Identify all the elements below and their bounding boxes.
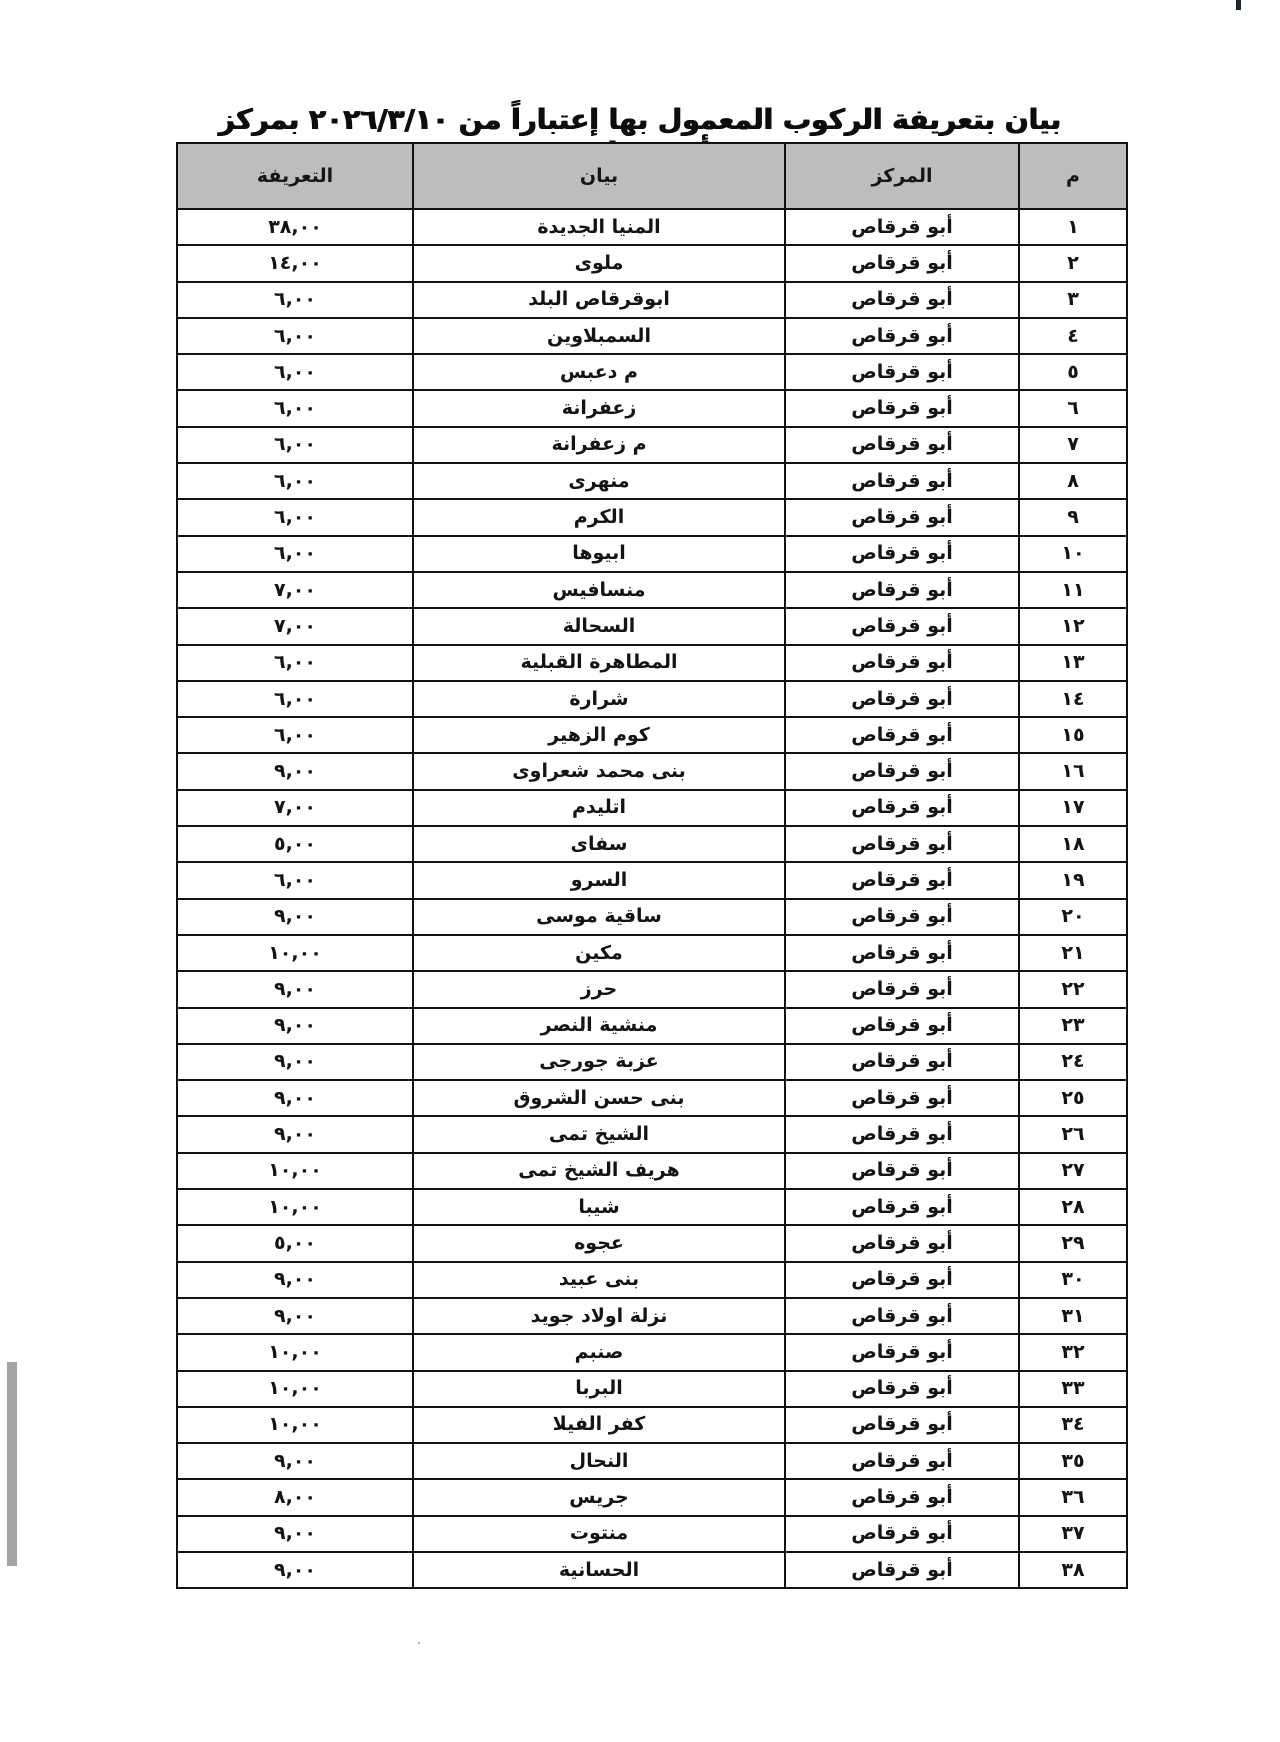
row-number: ٢٧ — [1019, 1153, 1127, 1189]
row-fare: ٩,٠٠ — [177, 1008, 413, 1044]
row-center: أبو قرقاص — [785, 826, 1019, 862]
row-center: أبو قرقاص — [785, 1080, 1019, 1116]
row-number: ٢ — [1019, 245, 1127, 281]
row-center: أبو قرقاص — [785, 390, 1019, 426]
row-fare: ٦,٠٠ — [177, 354, 413, 390]
table-row: ١١أبو قرقاصمنسافيس٧,٠٠ — [177, 572, 1127, 608]
column-header-description: بيان — [413, 143, 785, 209]
row-fare: ٣٨,٠٠ — [177, 209, 413, 245]
row-fare: ١٠,٠٠ — [177, 935, 413, 971]
row-description: اتليدم — [413, 790, 785, 826]
row-description: شرارة — [413, 681, 785, 717]
table-row: ١٤أبو قرقاصشرارة٦,٠٠ — [177, 681, 1127, 717]
row-number: ٢٩ — [1019, 1225, 1127, 1261]
row-number: ٣٢ — [1019, 1334, 1127, 1370]
table-row: ١٥أبو قرقاصكوم الزهير٦,٠٠ — [177, 717, 1127, 753]
row-center: أبو قرقاص — [785, 209, 1019, 245]
row-number: ١٥ — [1019, 717, 1127, 753]
table-row: ٢٥أبو قرقاصبنى حسن الشروق٩,٠٠ — [177, 1080, 1127, 1116]
table-row: ٢١أبو قرقاصمكين١٠,٠٠ — [177, 935, 1127, 971]
table-row: ٣٧أبو قرقاصمنتوت٩,٠٠ — [177, 1516, 1127, 1552]
row-center: أبو قرقاص — [785, 681, 1019, 717]
table-row: ٢٤أبو قرقاصعزبة جورجى٩,٠٠ — [177, 1044, 1127, 1080]
row-number: ٢٣ — [1019, 1008, 1127, 1044]
row-description: منتوت — [413, 1516, 785, 1552]
row-number: ٣٥ — [1019, 1443, 1127, 1479]
row-number: ٣٨ — [1019, 1552, 1127, 1588]
table-row: ٢٧أبو قرقاصهريف الشيخ تمى١٠,٠٠ — [177, 1153, 1127, 1189]
row-number: ١٦ — [1019, 753, 1127, 789]
table-row: ٤أبو قرقاصالسمبلاوين٦,٠٠ — [177, 318, 1127, 354]
row-fare: ٩,٠٠ — [177, 1443, 413, 1479]
row-fare: ٩,٠٠ — [177, 899, 413, 935]
row-description: كوم الزهير — [413, 717, 785, 753]
table-row: ٣٢أبو قرقاصصنبم١٠,٠٠ — [177, 1334, 1127, 1370]
table-row: ٣٨أبو قرقاصالحسانية٩,٠٠ — [177, 1552, 1127, 1588]
row-center: أبو قرقاص — [785, 1298, 1019, 1334]
row-fare: ٥,٠٠ — [177, 826, 413, 862]
row-center: أبو قرقاص — [785, 645, 1019, 681]
row-fare: ٧,٠٠ — [177, 608, 413, 644]
row-number: ٢٤ — [1019, 1044, 1127, 1080]
row-description: صنبم — [413, 1334, 785, 1370]
row-fare: ٧,٠٠ — [177, 572, 413, 608]
row-center: أبو قرقاص — [785, 318, 1019, 354]
row-description: المنيا الجديدة — [413, 209, 785, 245]
row-fare: ١٠,٠٠ — [177, 1407, 413, 1443]
row-number: ٣٤ — [1019, 1407, 1127, 1443]
row-center: أبو قرقاص — [785, 1116, 1019, 1152]
row-description: منشية النصر — [413, 1008, 785, 1044]
row-number: ٩ — [1019, 499, 1127, 535]
table-row: ٢٣أبو قرقاصمنشية النصر٩,٠٠ — [177, 1008, 1127, 1044]
row-number: ٨ — [1019, 463, 1127, 499]
table-row: ١٧أبو قرقاصاتليدم٧,٠٠ — [177, 790, 1127, 826]
table-row: ٢أبو قرقاصملوى١٤,٠٠ — [177, 245, 1127, 281]
row-center: أبو قرقاص — [785, 282, 1019, 318]
table-row: ٨أبو قرقاصمنهرى٦,٠٠ — [177, 463, 1127, 499]
row-number: ١٢ — [1019, 608, 1127, 644]
row-description: بنى حسن الشروق — [413, 1080, 785, 1116]
row-description: نزلة اولاد جويد — [413, 1298, 785, 1334]
row-fare: ٩,٠٠ — [177, 1552, 413, 1588]
row-center: أبو قرقاص — [785, 717, 1019, 753]
row-description: عزبة جورجى — [413, 1044, 785, 1080]
row-number: ٣١ — [1019, 1298, 1127, 1334]
row-fare: ٨,٠٠ — [177, 1479, 413, 1515]
table-row: ٣٠أبو قرقاصبنى عبيد٩,٠٠ — [177, 1262, 1127, 1298]
row-center: أبو قرقاص — [785, 1008, 1019, 1044]
row-description: السرو — [413, 862, 785, 898]
row-fare: ٦,٠٠ — [177, 463, 413, 499]
row-number: ٢٦ — [1019, 1116, 1127, 1152]
row-fare: ٦,٠٠ — [177, 318, 413, 354]
row-description: ملوى — [413, 245, 785, 281]
row-center: أبو قرقاص — [785, 1516, 1019, 1552]
row-number: ٣٦ — [1019, 1479, 1127, 1515]
table-row: ١٩أبو قرقاصالسرو٦,٠٠ — [177, 862, 1127, 898]
table-row: ٢٢أبو قرقاصحرز٩,٠٠ — [177, 971, 1127, 1007]
table-row: ١٨أبو قرقاصسفاى٥,٠٠ — [177, 826, 1127, 862]
table-row: ٣أبو قرقاصابوقرقاص البلد٦,٠٠ — [177, 282, 1127, 318]
row-number: ٦ — [1019, 390, 1127, 426]
column-header-fare: التعريفة — [177, 143, 413, 209]
row-number: ١٠ — [1019, 536, 1127, 572]
row-description: زعفرانة — [413, 390, 785, 426]
row-description: عجوه — [413, 1225, 785, 1261]
row-description: سفاى — [413, 826, 785, 862]
table-row: ٢٦أبو قرقاصالشيخ تمى٩,٠٠ — [177, 1116, 1127, 1152]
row-description: منسافيس — [413, 572, 785, 608]
row-fare: ٩,٠٠ — [177, 971, 413, 1007]
row-description: البربا — [413, 1371, 785, 1407]
fare-table: م المركز بيان التعريفة ١أبو قرقاصالمنيا … — [176, 142, 1128, 1589]
row-description: الحسانية — [413, 1552, 785, 1588]
fare-table-body: ١أبو قرقاصالمنيا الجديدة٣٨,٠٠٢أبو قرقاصم… — [177, 209, 1127, 1588]
row-fare: ٩,٠٠ — [177, 753, 413, 789]
row-description: حرز — [413, 971, 785, 1007]
row-description: ابيوها — [413, 536, 785, 572]
row-center: أبو قرقاص — [785, 427, 1019, 463]
row-number: ٢١ — [1019, 935, 1127, 971]
row-number: ١٤ — [1019, 681, 1127, 717]
row-number: ٥ — [1019, 354, 1127, 390]
row-center: أبو قرقاص — [785, 1262, 1019, 1298]
row-center: أبو قرقاص — [785, 753, 1019, 789]
row-number: ١١ — [1019, 572, 1127, 608]
row-description: المطاهرة القبلية — [413, 645, 785, 681]
row-number: ٢٨ — [1019, 1189, 1127, 1225]
row-fare: ٦,٠٠ — [177, 717, 413, 753]
row-description: بنى عبيد — [413, 1262, 785, 1298]
row-number: ٢٠ — [1019, 899, 1127, 935]
row-fare: ٦,٠٠ — [177, 536, 413, 572]
row-number: ٤ — [1019, 318, 1127, 354]
row-fare: ٦,٠٠ — [177, 282, 413, 318]
row-fare: ٩,٠٠ — [177, 1262, 413, 1298]
row-center: أبو قرقاص — [785, 536, 1019, 572]
row-description: هريف الشيخ تمى — [413, 1153, 785, 1189]
table-row: ٢٨أبو قرقاصشيبا١٠,٠٠ — [177, 1189, 1127, 1225]
row-center: أبو قرقاص — [785, 608, 1019, 644]
row-fare: ١٠,٠٠ — [177, 1371, 413, 1407]
row-fare: ٦,٠٠ — [177, 681, 413, 717]
row-description: ابوقرقاص البلد — [413, 282, 785, 318]
row-center: أبو قرقاص — [785, 862, 1019, 898]
row-fare: ٦,٠٠ — [177, 427, 413, 463]
row-number: ١٨ — [1019, 826, 1127, 862]
row-number: ٧ — [1019, 427, 1127, 463]
row-description: بنى محمد شعراوى — [413, 753, 785, 789]
table-row: ٣٦أبو قرقاصجريس٨,٠٠ — [177, 1479, 1127, 1515]
row-center: أبو قرقاص — [785, 463, 1019, 499]
row-fare: ٥,٠٠ — [177, 1225, 413, 1261]
row-number: ١٩ — [1019, 862, 1127, 898]
table-row: ٧أبو قرقاصم زعفرانة٦,٠٠ — [177, 427, 1127, 463]
column-header-center: المركز — [785, 143, 1019, 209]
row-description: الكرم — [413, 499, 785, 535]
row-description: السحالة — [413, 608, 785, 644]
row-description: ساقية موسى — [413, 899, 785, 935]
row-center: أبو قرقاص — [785, 1371, 1019, 1407]
row-center: أبو قرقاص — [785, 971, 1019, 1007]
table-row: ١٠أبو قرقاصابيوها٦,٠٠ — [177, 536, 1127, 572]
table-row: ٣٣أبو قرقاصالبربا١٠,٠٠ — [177, 1371, 1127, 1407]
row-fare: ٩,٠٠ — [177, 1044, 413, 1080]
row-description: منهرى — [413, 463, 785, 499]
row-center: أبو قرقاص — [785, 1334, 1019, 1370]
table-row: ٢٩أبو قرقاصعجوه٥,٠٠ — [177, 1225, 1127, 1261]
row-fare: ٦,٠٠ — [177, 499, 413, 535]
row-center: أبو قرقاص — [785, 1044, 1019, 1080]
row-number: ١٣ — [1019, 645, 1127, 681]
column-header-num: م — [1019, 143, 1127, 209]
row-fare: ٩,٠٠ — [177, 1116, 413, 1152]
row-center: أبو قرقاص — [785, 1479, 1019, 1515]
row-description: النحال — [413, 1443, 785, 1479]
row-center: أبو قرقاص — [785, 1443, 1019, 1479]
row-fare: ١٠,٠٠ — [177, 1153, 413, 1189]
row-fare: ٦,٠٠ — [177, 645, 413, 681]
row-number: ٣ — [1019, 282, 1127, 318]
table-row: ٩أبو قرقاصالكرم٦,٠٠ — [177, 499, 1127, 535]
row-number: ٣٠ — [1019, 1262, 1127, 1298]
table-row: ٢٠أبو قرقاصساقية موسى٩,٠٠ — [177, 899, 1127, 935]
table-row: ١٣أبو قرقاصالمطاهرة القبلية٦,٠٠ — [177, 645, 1127, 681]
row-fare: ٦,٠٠ — [177, 390, 413, 426]
table-header-row: م المركز بيان التعريفة — [177, 143, 1127, 209]
row-description: م دعبس — [413, 354, 785, 390]
row-center: أبو قرقاص — [785, 1153, 1019, 1189]
row-center: أبو قرقاص — [785, 899, 1019, 935]
row-description: كفر الفيلا — [413, 1407, 785, 1443]
row-center: أبو قرقاص — [785, 790, 1019, 826]
row-number: ٣٧ — [1019, 1516, 1127, 1552]
row-description: شيبا — [413, 1189, 785, 1225]
row-center: أبو قرقاص — [785, 572, 1019, 608]
row-center: أبو قرقاص — [785, 935, 1019, 971]
row-number: ٢٢ — [1019, 971, 1127, 1007]
row-fare: ١٠,٠٠ — [177, 1189, 413, 1225]
table-row: ٥أبو قرقاصم دعبس٦,٠٠ — [177, 354, 1127, 390]
table-row: ٦أبو قرقاصزعفرانة٦,٠٠ — [177, 390, 1127, 426]
scan-corner-mark — [1236, 0, 1241, 10]
row-description: مكين — [413, 935, 785, 971]
row-center: أبو قرقاص — [785, 245, 1019, 281]
row-number: ٣٣ — [1019, 1371, 1127, 1407]
scan-speck — [418, 1642, 420, 1644]
row-description: م زعفرانة — [413, 427, 785, 463]
row-description: السمبلاوين — [413, 318, 785, 354]
row-number: ١ — [1019, 209, 1127, 245]
row-center: أبو قرقاص — [785, 1407, 1019, 1443]
table-row: ١٦أبو قرقاصبنى محمد شعراوى٩,٠٠ — [177, 753, 1127, 789]
row-number: ٢٥ — [1019, 1080, 1127, 1116]
row-center: أبو قرقاص — [785, 499, 1019, 535]
row-description: جريس — [413, 1479, 785, 1515]
row-center: أبو قرقاص — [785, 1189, 1019, 1225]
table-row: ١٢أبو قرقاصالسحالة٧,٠٠ — [177, 608, 1127, 644]
row-center: أبو قرقاص — [785, 1225, 1019, 1261]
table-row: ١أبو قرقاصالمنيا الجديدة٣٨,٠٠ — [177, 209, 1127, 245]
table-row: ٣٥أبو قرقاصالنحال٩,٠٠ — [177, 1443, 1127, 1479]
row-fare: ٩,٠٠ — [177, 1298, 413, 1334]
scan-edge-bar — [7, 1362, 17, 1566]
table-row: ٣١أبو قرقاصنزلة اولاد جويد٩,٠٠ — [177, 1298, 1127, 1334]
row-description: الشيخ تمى — [413, 1116, 785, 1152]
row-center: أبو قرقاص — [785, 1552, 1019, 1588]
row-fare: ٩,٠٠ — [177, 1080, 413, 1116]
row-fare: ١٠,٠٠ — [177, 1334, 413, 1370]
row-fare: ٧,٠٠ — [177, 790, 413, 826]
table-row: ٣٤أبو قرقاصكفر الفيلا١٠,٠٠ — [177, 1407, 1127, 1443]
row-number: ١٧ — [1019, 790, 1127, 826]
row-fare: ٩,٠٠ — [177, 1516, 413, 1552]
row-fare: ١٤,٠٠ — [177, 245, 413, 281]
row-center: أبو قرقاص — [785, 354, 1019, 390]
row-fare: ٦,٠٠ — [177, 862, 413, 898]
